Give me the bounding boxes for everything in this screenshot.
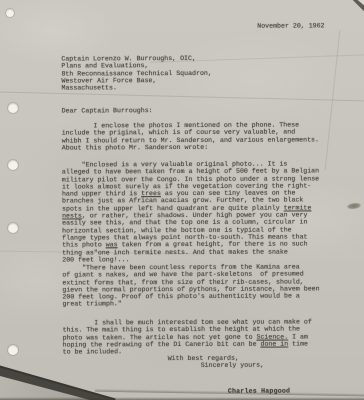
punch-hole <box>8 160 18 170</box>
recipient-address: Captain Lorenzo W. Burroughs, OIC,Plans … <box>61 55 212 92</box>
corner-fold-top-right <box>349 0 364 14</box>
paragraph-intro: I enclose the photos I mentioned on the … <box>62 121 319 151</box>
paragraph-quote-photo: "Enclosed is a very valuable original ph… <box>62 160 320 263</box>
valediction-line: Sincerely yours, <box>201 362 264 370</box>
punch-hole <box>6 9 14 17</box>
punch-hole <box>8 345 18 355</box>
punch-hole <box>8 103 18 113</box>
salutation: Dear Captain Burroughs: <box>62 107 153 115</box>
letter-date: November 20, 1962 <box>257 22 324 30</box>
paragraph-closing: I shall be much interested tom see what … <box>63 318 312 356</box>
recipient-line: Massachusetts. <box>61 84 211 92</box>
paragraph-quote-reports: "There have been countless reports from … <box>62 263 319 308</box>
punch-hole <box>8 223 18 233</box>
letter-body: November 20, 1962 Captain Lorenzo W. Bur… <box>0 0 364 400</box>
letter-paper: November 20, 1962 Captain Lorenzo W. Bur… <box>0 0 364 400</box>
scanned-letter: November 20, 1962 Captain Lorenzo W. Bur… <box>0 0 364 400</box>
